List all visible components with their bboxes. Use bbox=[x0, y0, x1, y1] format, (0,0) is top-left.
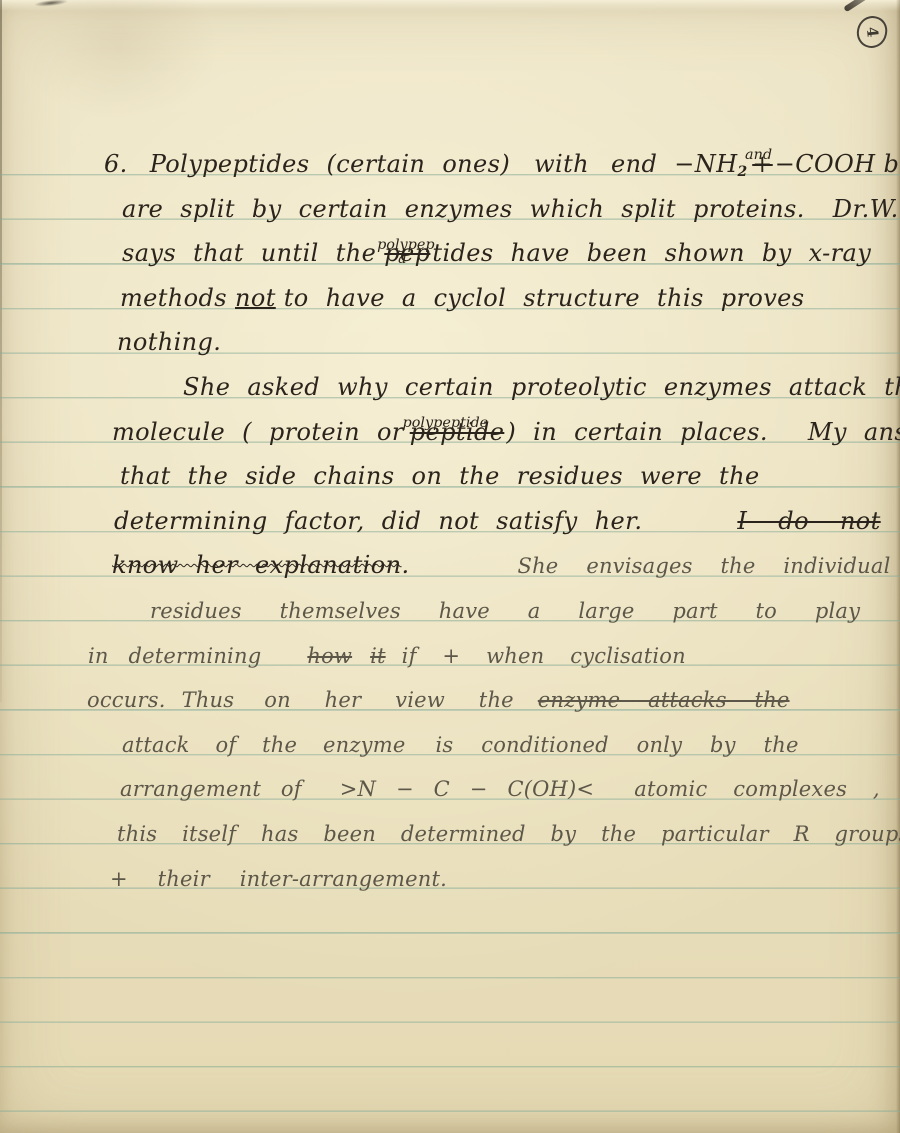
handwritten-segment: residues themselves have a large part to… bbox=[150, 599, 860, 623]
handwritten-segment: molecule ( protein or bbox=[112, 418, 404, 446]
inserted-word-above: polypep bbox=[377, 238, 435, 252]
manuscript-line: methodsnotto have a cyclol structure thi… bbox=[0, 276, 900, 321]
manuscript-line: arrangement of>N − C − C(OH)<atomic comp… bbox=[0, 766, 900, 811]
inserted-word-below: a bbox=[398, 253, 407, 267]
handwritten-text: 6.Polypeptides (certain ones)withend −NH… bbox=[0, 142, 900, 900]
manuscript-line: in determininghowitif + when cyclisation bbox=[0, 633, 900, 678]
handwritten-segment: on her view the bbox=[264, 688, 514, 712]
handwritten-segment: not bbox=[235, 284, 276, 312]
manuscript-line: She asked why certain proteolytic enzyme… bbox=[0, 365, 900, 410]
handwritten-segment: attack of the enzyme bbox=[122, 733, 405, 757]
handwritten-segment: peptidepolypeptide bbox=[410, 418, 505, 446]
handwritten-segment: −COOH bbox=[775, 150, 876, 178]
handwritten-segment: if + when cyclisation bbox=[402, 644, 686, 668]
handwritten-segment: 6. bbox=[104, 150, 128, 178]
handwritten-segment: peppolypepa bbox=[384, 239, 430, 267]
page-number-badge: 4 bbox=[854, 13, 890, 51]
manuscript-line: know her explanation.She envisages the i… bbox=[0, 543, 900, 588]
manuscript-line: nothing. bbox=[0, 320, 900, 365]
manuscript-page: 4 6.Polypeptides (certain ones)withend −… bbox=[0, 0, 900, 1133]
handwritten-segment: tides have been shown by x-ray bbox=[432, 239, 871, 267]
handwritten-segment: that the side chains on the residues wer… bbox=[120, 462, 760, 490]
handwritten-segment: arrangement of bbox=[120, 777, 302, 801]
paper-crease bbox=[18, 0, 218, 120]
page-number: 4 bbox=[863, 26, 882, 38]
handwritten-segment: + their inter-arrangement. bbox=[110, 867, 447, 891]
manuscript-line: are split by certain enzymes which split… bbox=[0, 187, 900, 232]
handwritten-segment: ) in certain places. bbox=[506, 418, 768, 446]
handwritten-segment: this itself has been determined by the p… bbox=[117, 822, 900, 846]
handwritten-segment: says that until the bbox=[122, 239, 376, 267]
manuscript-line: determining factor, did not satisfy her.… bbox=[0, 499, 900, 544]
handwritten-segment: 2 bbox=[738, 164, 748, 180]
handwritten-segment: +and bbox=[752, 150, 773, 178]
handwritten-segment: I do not bbox=[737, 507, 880, 535]
handwritten-segment: know her explanation bbox=[112, 551, 401, 579]
handwritten-segment: Thus bbox=[182, 688, 235, 712]
handwritten-segment: She envisages the individual bbox=[518, 554, 891, 578]
manuscript-line: that the side chains on the residues wer… bbox=[0, 454, 900, 499]
handwritten-segment: My answer, bbox=[808, 418, 900, 446]
manuscript-line: occurs.Thuson her view theenzyme attacks… bbox=[0, 677, 900, 722]
handwritten-segment: are split by certain enzymes which split… bbox=[122, 195, 805, 223]
manuscript-line: says that until thepeppolypepatides have… bbox=[0, 231, 900, 276]
handwritten-segment: with bbox=[534, 150, 589, 178]
handwritten-segment: enzyme attacks the bbox=[538, 688, 790, 712]
handwritten-segment: it bbox=[370, 644, 386, 668]
manuscript-line: 6.Polypeptides (certain ones)withend −NH… bbox=[0, 142, 900, 187]
handwritten-segment: She asked why certain proteolytic enzyme… bbox=[183, 373, 900, 401]
handwritten-segment: occurs. bbox=[87, 688, 166, 712]
inserted-word-above: and bbox=[745, 148, 772, 162]
handwritten-segment: determining factor, did not satisfy her. bbox=[114, 507, 642, 535]
handwritten-segment: end −NH bbox=[611, 150, 738, 178]
handwritten-segment: Dr.W. bbox=[833, 195, 899, 223]
handwritten-segment: methods bbox=[120, 284, 227, 312]
handwritten-segment: to have a cyclol structure this proves bbox=[284, 284, 805, 312]
manuscript-line: molecule ( protein orpeptidepolypeptide)… bbox=[0, 410, 900, 455]
handwritten-segment: . bbox=[401, 551, 409, 579]
handwritten-segment: blocked bbox=[884, 150, 900, 178]
inserted-word-above: polypeptide bbox=[403, 416, 489, 430]
manuscript-line: this itself has been determined by the p… bbox=[0, 811, 900, 856]
manuscript-line: residues themselves have a large part to… bbox=[0, 588, 900, 633]
handwritten-segment: atomic complexes , but bbox=[634, 777, 900, 801]
handwritten-segment: how bbox=[307, 644, 352, 668]
handwritten-segment: in determining bbox=[88, 644, 261, 668]
handwritten-segment: is conditioned only by the bbox=[435, 733, 798, 757]
manuscript-line: attack of the enzymeis conditioned only … bbox=[0, 722, 900, 767]
handwritten-segment: nothing. bbox=[117, 328, 221, 356]
handwritten-segment: Polypeptides (certain ones) bbox=[150, 150, 510, 178]
manuscript-line: + their inter-arrangement. bbox=[0, 856, 900, 901]
handwritten-segment: >N − C − C(OH)< bbox=[340, 777, 595, 801]
